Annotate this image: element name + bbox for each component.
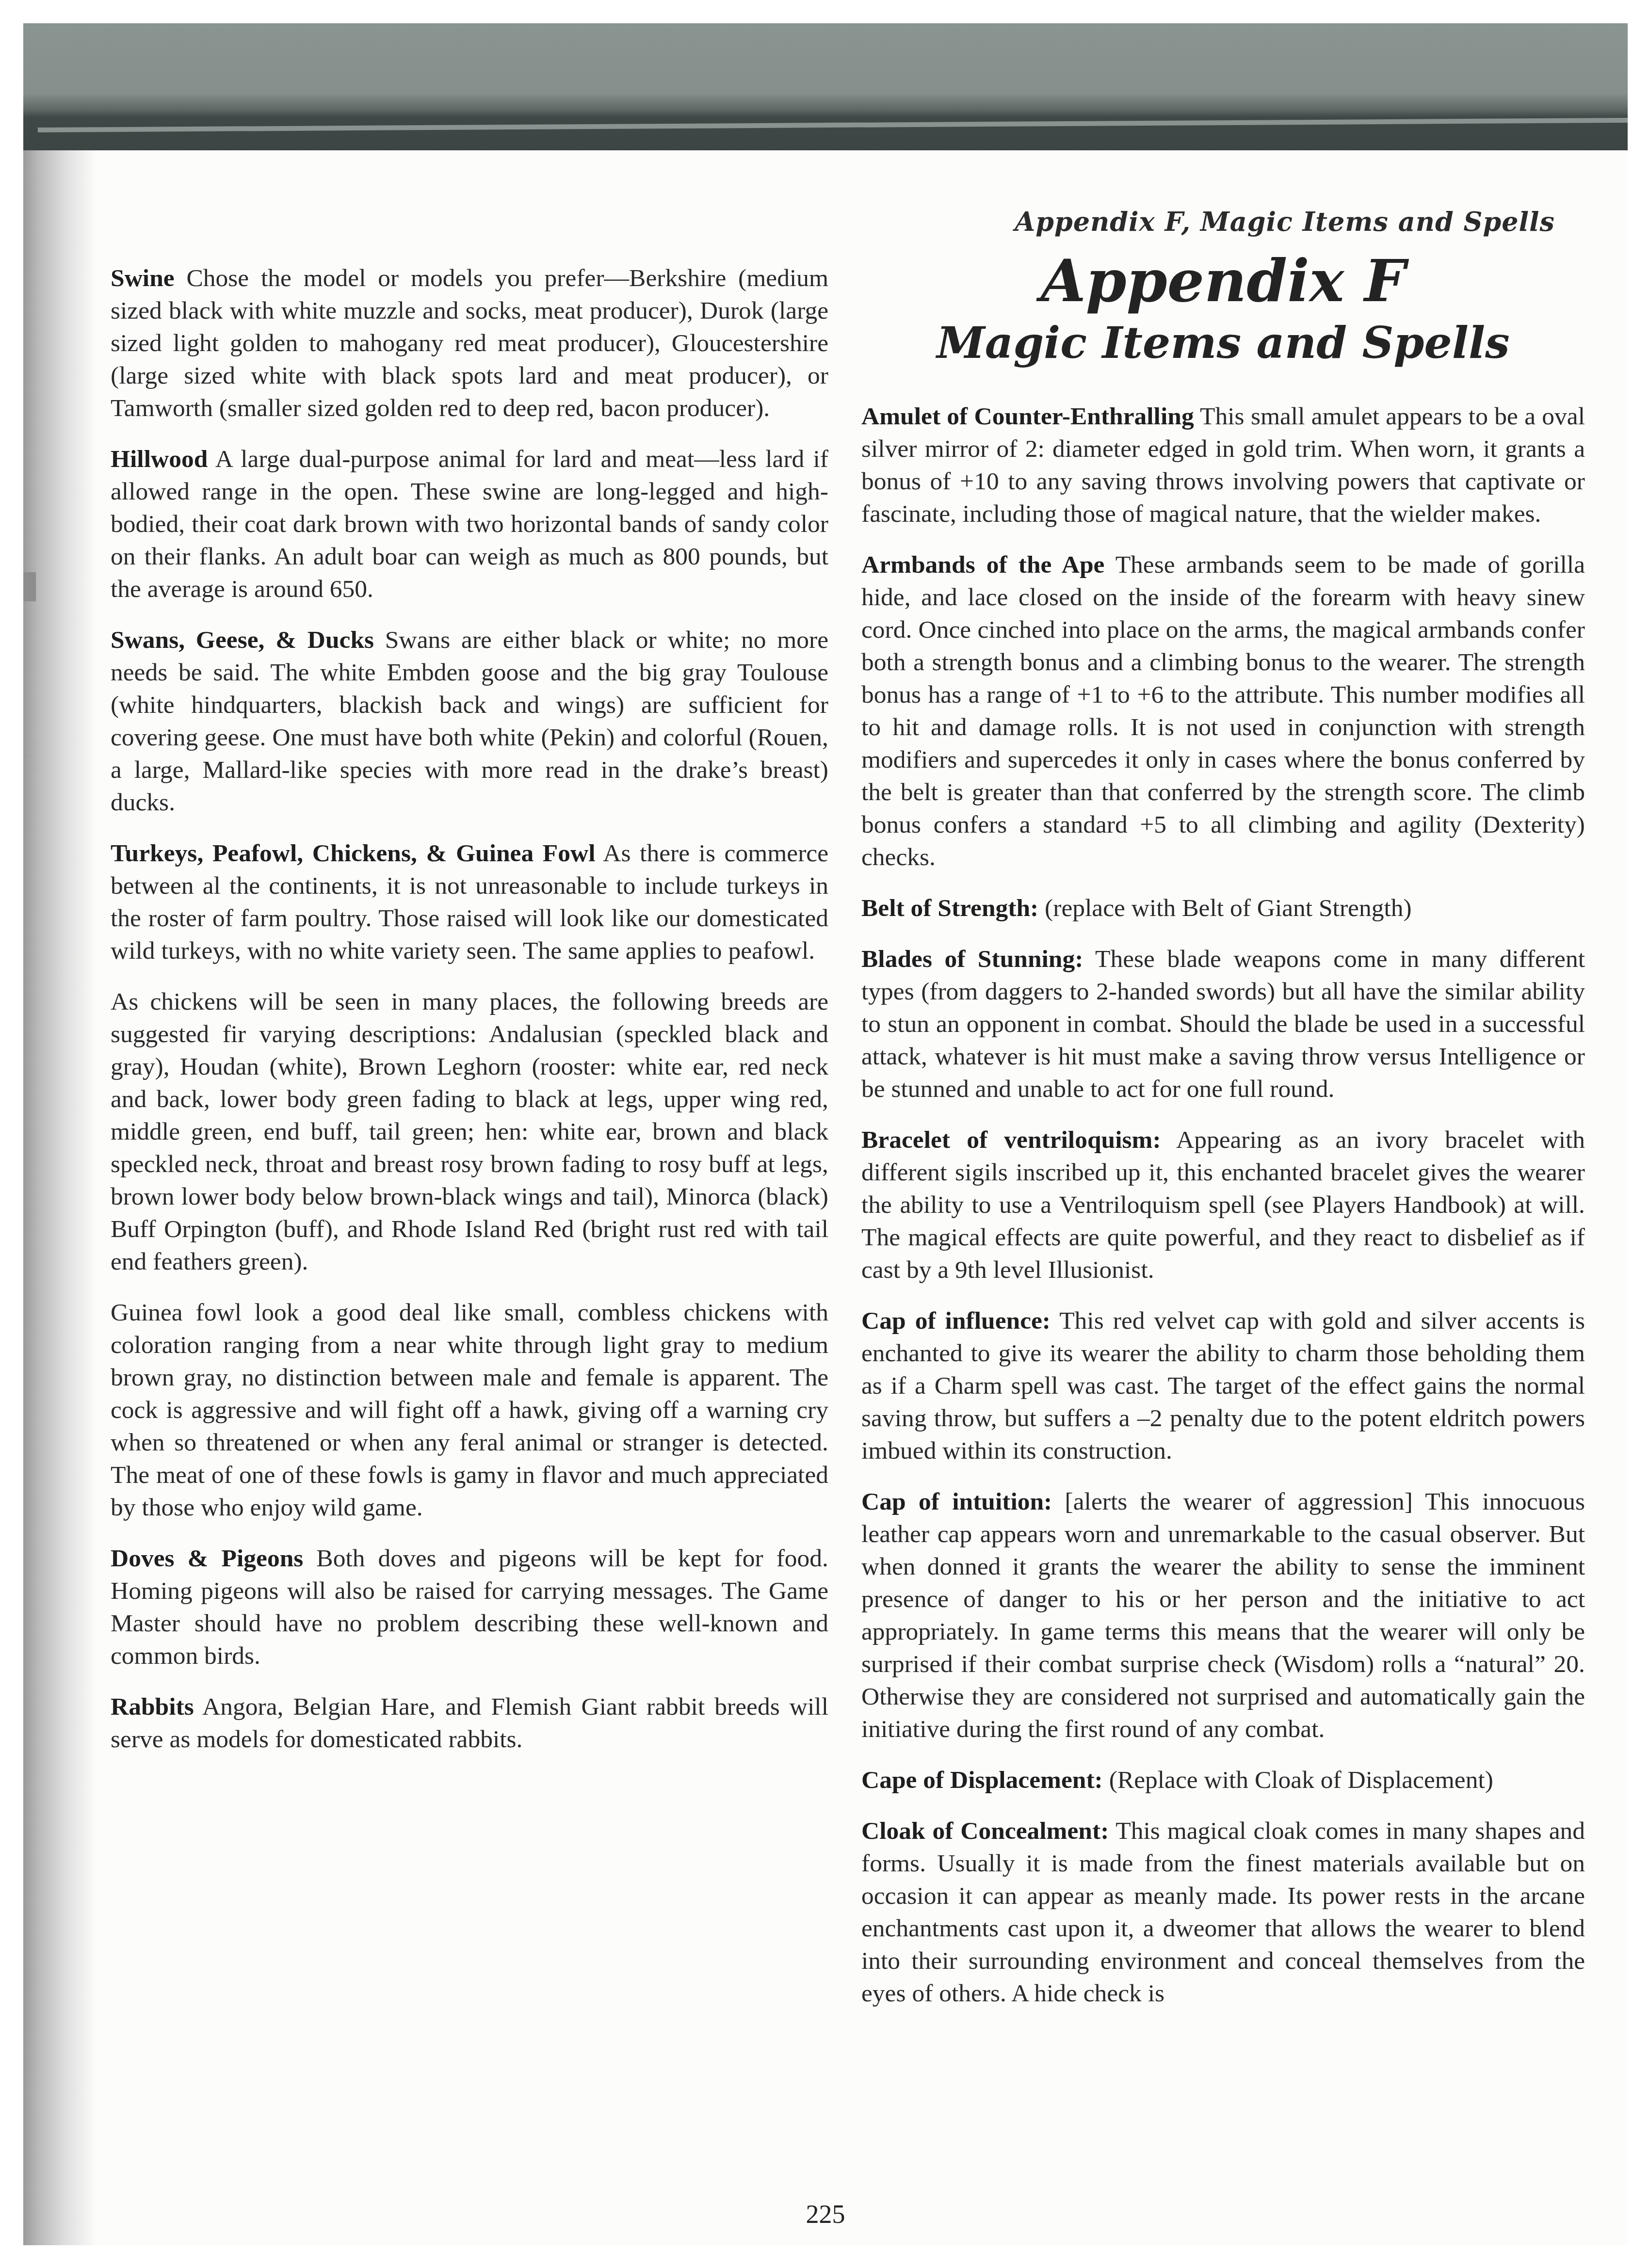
book-page: Appendix F, Magic Items and Spells Swine… [23,150,1628,2245]
entry-term: Swans, Geese, & Ducks [111,626,374,654]
entry-text: Angora, Belgian Hare, and Flemish Giant … [111,1693,828,1753]
entry-amulet-counter-enthralling: Amulet of Counter-Enthralling This small… [861,400,1585,530]
gutter-shadow [23,150,96,2245]
entry-bracelet-of-ventriloquism: Bracelet of ventriloquism: Appearing as … [861,1124,1585,1286]
entry-term: Amulet of Counter-Enthralling [861,402,1194,430]
entry-blades-of-stunning: Blades of Stunning: These blade weapons … [861,943,1585,1105]
scanned-page: Appendix F, Magic Items and Spells Swine… [23,23,1628,2245]
entry-term: Hillwood [111,445,208,473]
chapter-title-line1: Appendix F [861,247,1585,315]
entry-term: Belt of Strength: [861,894,1038,922]
entry-swans-geese-ducks: Swans, Geese, & Ducks Swans are either b… [111,624,828,819]
entry-text: Guinea fowl look a good deal like small,… [111,1299,828,1521]
entry-text: (Replace with Cloak of Displacement) [1103,1766,1493,1794]
entry-term: Cloak of Concealment: [861,1817,1109,1845]
entry-term: Swine [111,264,175,292]
chapter-title-line2: Magic Items and Spells [861,315,1585,371]
entry-doves-pigeons: Doves & Pigeons Both doves and pigeons w… [111,1542,828,1672]
chapter-title: Appendix F Magic Items and Spells [861,247,1585,371]
entry-term: Cap of influence: [861,1307,1051,1335]
entry-text: [alerts the wearer of aggression] This i… [861,1488,1585,1743]
entry-cape-of-displacement: Cape of Displacement: (Replace with Cloa… [861,1764,1585,1796]
entry-guinea-fowl: Guinea fowl look a good deal like small,… [111,1296,828,1524]
entry-text: Chose the model or models you prefer—Ber… [111,264,828,422]
entry-term: Doves & Pigeons [111,1544,303,1572]
entry-swine: Swine Chose the model or models you pref… [111,262,828,424]
gutter-mark [23,572,36,601]
entry-cloak-of-concealment: Cloak of Concealment: This magical cloak… [861,1815,1585,2010]
entry-rabbits: Rabbits Angora, Belgian Hare, and Flemis… [111,1690,828,1755]
entry-turkeys-peafowl: Turkeys, Peafowl, Chickens, & Guinea Fow… [111,837,828,967]
page-number: 225 [23,2199,1628,2229]
entry-hillwood: Hillwood A large dual-purpose animal for… [111,443,828,605]
entry-text: Swans are either black or white; no more… [111,626,828,816]
entry-cap-of-intuition: Cap of intuition: [alerts the wearer of … [861,1485,1585,1745]
entry-term: Rabbits [111,1693,194,1721]
entry-belt-of-strength: Belt of Strength: (replace with Belt of … [861,892,1585,924]
entry-term: Blades of Stunning: [861,945,1083,973]
entry-text: A large dual-purpose animal for lard and… [111,445,828,603]
entry-cap-of-influence: Cap of influence: This red velvet cap wi… [861,1304,1585,1467]
entry-armbands-of-the-ape: Armbands of the Ape These armbands seem … [861,548,1585,873]
scanner-lid-shadow [23,23,1628,150]
right-column: Appendix F Magic Items and Spells Amulet… [861,209,1585,2028]
entry-term: Cap of intuition: [861,1488,1052,1515]
entry-term: Armbands of the Ape [861,551,1104,579]
entry-text: These armbands seem to be made of gorill… [861,551,1585,871]
left-column: Swine Chose the model or models you pref… [111,262,828,1774]
entry-text: (replace with Belt of Giant Strength) [1038,894,1411,922]
entry-term: Turkeys, Peafowl, Chickens, & Guinea Fow… [111,839,596,867]
entry-term: Bracelet of ventriloquism: [861,1126,1161,1154]
entry-term: Cape of Displacement: [861,1766,1103,1794]
entry-text: As chickens will be seen in many places,… [111,988,828,1275]
entry-chicken-breeds: As chickens will be seen in many places,… [111,985,828,1278]
entry-text: This magical cloak comes in many shapes … [861,1817,1585,2007]
